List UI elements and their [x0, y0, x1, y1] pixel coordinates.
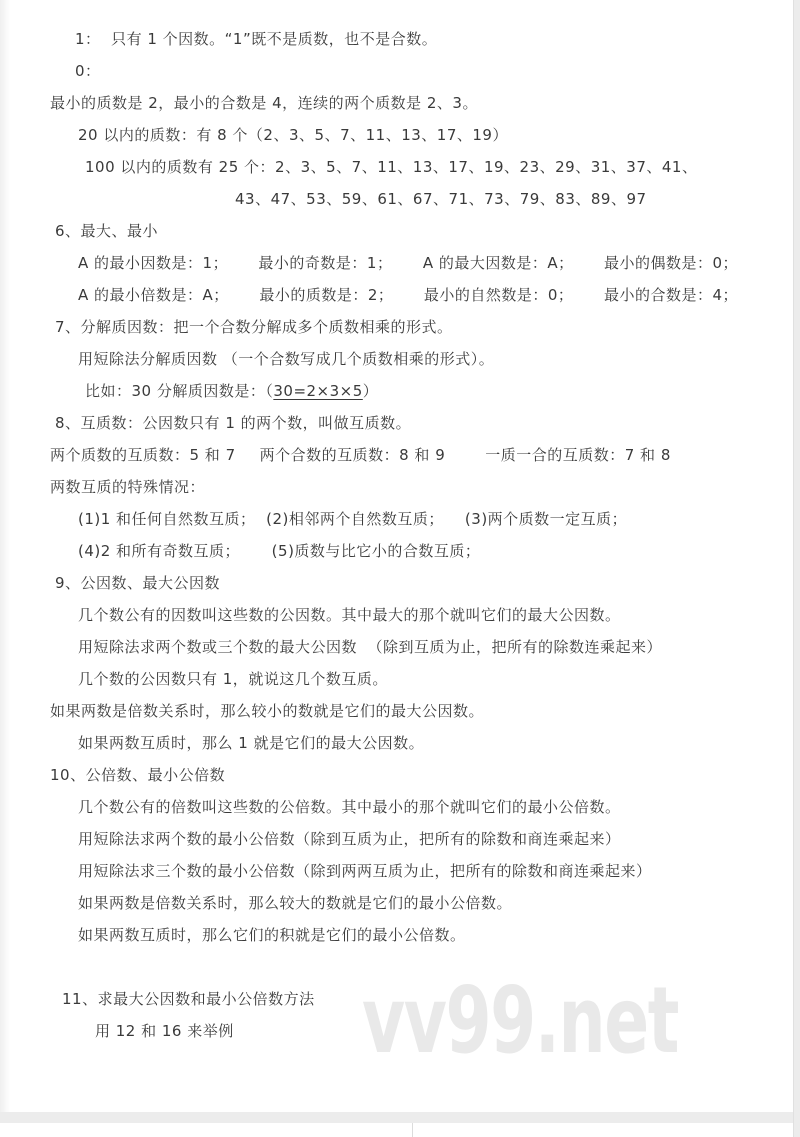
max-min-cell: 最小的质数是：2；: [259, 279, 393, 311]
text-line-lcm-three-numbers: 用短除法求三个数的最小公倍数（除到两两互质为止，把所有的除数和商连乘起来）: [0, 855, 800, 887]
coprime-cell: 两个合数的互质数：8 和 9: [260, 439, 446, 471]
max-min-cell: A 的最大因数是：A；: [423, 247, 574, 279]
factorize-prefix: 比如：30 分解质因数是：（: [85, 382, 273, 400]
text-line-lcm-definition: 几个数公有的倍数叫这些数的公倍数。其中最小的那个就叫它们的最小公倍数。: [0, 791, 800, 823]
text-line-gcf-definition: 几个数公有的因数叫这些数的公因数。其中最大的那个就叫它们的最大公因数。: [0, 599, 800, 631]
text-line-factorize-example: 比如：30 分解质因数是：（30=2×3×5）: [0, 375, 800, 407]
document-viewer: vv99.net 1： 只有 1 个因数。“1”既不是质数，也不是合数。 0： …: [0, 0, 800, 1137]
next-page-table-edge: [412, 1123, 413, 1137]
section-9-heading: 9、公因数、最大公因数: [0, 567, 800, 599]
coprime-examples-row: 两个质数的互质数：5 和 7 两个合数的互质数：8 和 9 一质一合的互质数：7…: [50, 439, 800, 471]
page-separator: [0, 1112, 800, 1123]
section-7-heading: 7、分解质因数：把一个合数分解成多个质数相乘的形式。: [0, 311, 800, 343]
document-page: 1： 只有 1 个因数。“1”既不是质数，也不是合数。 0： 最小的质数是 2，…: [0, 0, 800, 1047]
section-8-heading: 8、互质数：公因数只有 1 的两个数，叫做互质数。: [0, 407, 800, 439]
factorize-underlined-formula: 30=2×3×5: [273, 382, 362, 400]
section-10-heading: 10、公倍数、最小公倍数: [0, 759, 800, 791]
coprime-cell: 一质一合的互质数：7 和 8: [485, 439, 671, 471]
text-line-gcf-multiple-case: 如果两数是倍数关系时，那么较小的数就是它们的最大公因数。: [0, 695, 800, 727]
text-line-lcm-two-numbers: 用短除法求两个数的最小公倍数（除到互质为止，把所有的除数和商连乘起来）: [0, 823, 800, 855]
coprime-cell: 两个质数的互质数：5 和 7: [50, 439, 236, 471]
text-line-lcm-coprime-case: 如果两数互质时，那么它们的积就是它们的最小公倍数。: [0, 919, 800, 951]
text-line-short-division-note: 用短除法分解质因数 （一个合数写成几个质数相乘的形式）。: [0, 343, 800, 375]
section-6-heading: 6、最大、最小: [0, 215, 800, 247]
text-line-primes-under-100-a: 100 以内的质数有 25 个：2、3、5、7、11、13、17、19、23、2…: [0, 151, 800, 183]
text-line-zero-note: 0：: [0, 55, 800, 87]
section-11-heading: 11、求最大公因数和最小公倍数方法: [0, 983, 800, 1015]
text-line-gcf-coprime-note: 几个数的公因数只有 1，就说这几个数互质。: [0, 663, 800, 695]
text-line-coprime-rules-1-3: (1)1 和任何自然数互质； (2)相邻两个自然数互质； (3)两个质数一定互质…: [0, 503, 800, 535]
text-line-gcf-short-division: 用短除法求两个数或三个数的最大公因数 （除到互质为止，把所有的除数连乘起来）: [0, 631, 800, 663]
max-min-cell: A 的最小因数是：1；: [78, 247, 228, 279]
max-min-row-2: A 的最小倍数是：A； 最小的质数是：2； 最小的自然数是：0； 最小的合数是：…: [78, 279, 738, 311]
text-line-coprime-special-cases: 两数互质的特殊情况：: [0, 471, 800, 503]
text-line-coprime-rules-4-5: (4)2 和所有奇数互质； (5)质数与比它小的合数互质；: [0, 535, 800, 567]
text-line-smallest-primes: 最小的质数是 2，最小的合数是 4，连续的两个质数是 2、3。: [0, 87, 800, 119]
text-line-lcm-multiple-case: 如果两数是倍数关系时，那么较大的数就是它们的最小公倍数。: [0, 887, 800, 919]
max-min-cell: 最小的偶数是：0；: [604, 247, 738, 279]
text-line-gcf-coprime-case: 如果两数互质时，那么 1 就是它们的最大公因数。: [0, 727, 800, 759]
factorize-suffix: ）: [363, 382, 379, 400]
page-left-edge-shade: [0, 0, 10, 1112]
page-right-edge-shade: [793, 0, 800, 1137]
max-min-cell: A 的最小倍数是：A；: [78, 279, 229, 311]
text-line-one-note: 1： 只有 1 个因数。“1”既不是质数，也不是合数。: [0, 23, 800, 55]
max-min-cell: 最小的自然数是：0；: [424, 279, 574, 311]
max-min-row-1: A 的最小因数是：1； 最小的奇数是：1； A 的最大因数是：A； 最小的偶数是…: [78, 247, 738, 279]
text-line-example-12-16: 用 12 和 16 来举例: [0, 1015, 800, 1047]
max-min-cell: 最小的合数是：4；: [604, 279, 738, 311]
max-min-cell: 最小的奇数是：1；: [258, 247, 392, 279]
text-line-primes-under-100-b: 43、47、53、59、61、67、71、73、79、83、89、97: [0, 183, 800, 215]
text-line-primes-under-20: 20 以内的质数：有 8 个（2、3、5、7、11、13、17、19）: [0, 119, 800, 151]
